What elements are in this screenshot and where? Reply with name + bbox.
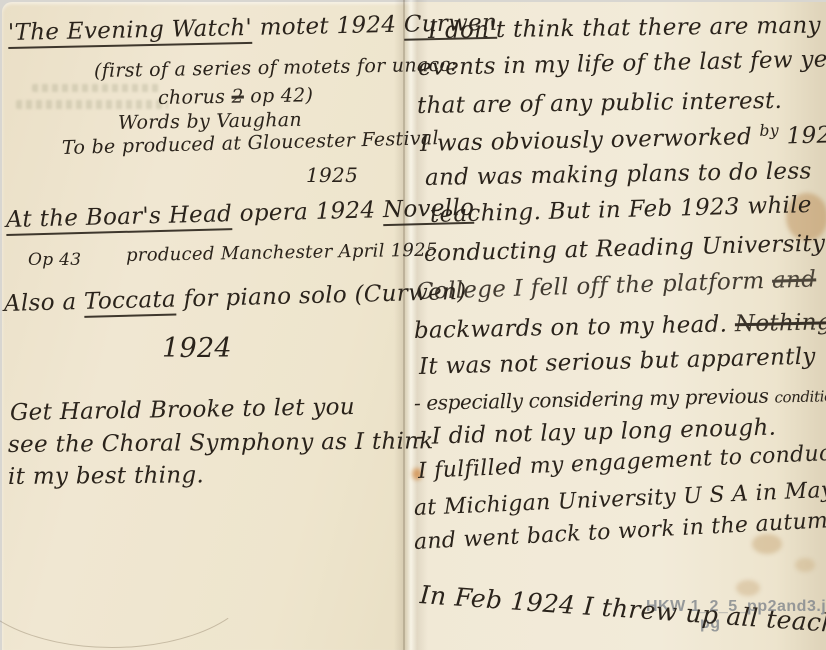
page-fold-line	[403, 0, 405, 650]
handwritten-line: chorus 2 op 42)	[158, 84, 314, 109]
text-segment: Words by Vaughan	[118, 109, 302, 134]
text-segment: At the Boar's Head	[6, 201, 233, 236]
stain	[736, 580, 760, 596]
text-segment: I don't think that there are many	[428, 13, 821, 44]
handwritten-line: it my best thing.	[8, 462, 204, 490]
letter-scan: HKW 1_2_5_pp2and3.j pg 'The Evening Watc…	[0, 0, 826, 650]
handwritten-line: 1924	[162, 333, 232, 364]
text-segment-crossed-out: 2	[231, 86, 244, 108]
text-segment: chorus	[158, 86, 232, 109]
handwritten-line: I don't think that there are many	[428, 13, 821, 44]
text-segment-crossed-out: and	[772, 266, 817, 293]
text-segment: 1925	[306, 163, 358, 187]
text-segment: op 42)	[244, 84, 314, 107]
text-segment: 1924	[162, 333, 232, 364]
text-segment-inserted: by	[759, 120, 779, 139]
text-segment: it my best thing.	[8, 462, 204, 490]
text-segment: that are of any public interest.	[417, 88, 783, 119]
text-segment: motet 1924	[252, 12, 404, 41]
bleedthrough-text	[16, 100, 168, 109]
handwritten-line: 1925	[306, 163, 358, 187]
text-segment: 'The Evening Watch'	[8, 15, 253, 49]
text-segment: Toccata	[84, 287, 177, 318]
handwritten-line: see the Choral Symphony as I think	[8, 428, 434, 458]
text-segment-crossed-out: Nothing	[735, 309, 826, 337]
text-segment: see the Choral Symphony as I think	[8, 428, 434, 458]
text-segment: 1922	[779, 122, 826, 149]
handwritten-line: that are of any public interest.	[417, 88, 783, 119]
text-segment: Op 43	[28, 250, 81, 270]
text-segment: Also a	[4, 289, 85, 317]
stain	[795, 558, 815, 572]
handwritten-line: Words by Vaughan	[118, 109, 302, 134]
handwritten-line: Op 43	[28, 250, 81, 270]
text-segment: condition	[774, 387, 826, 406]
bleedthrough-text	[32, 84, 160, 92]
text-segment: opera 1924	[232, 197, 384, 227]
